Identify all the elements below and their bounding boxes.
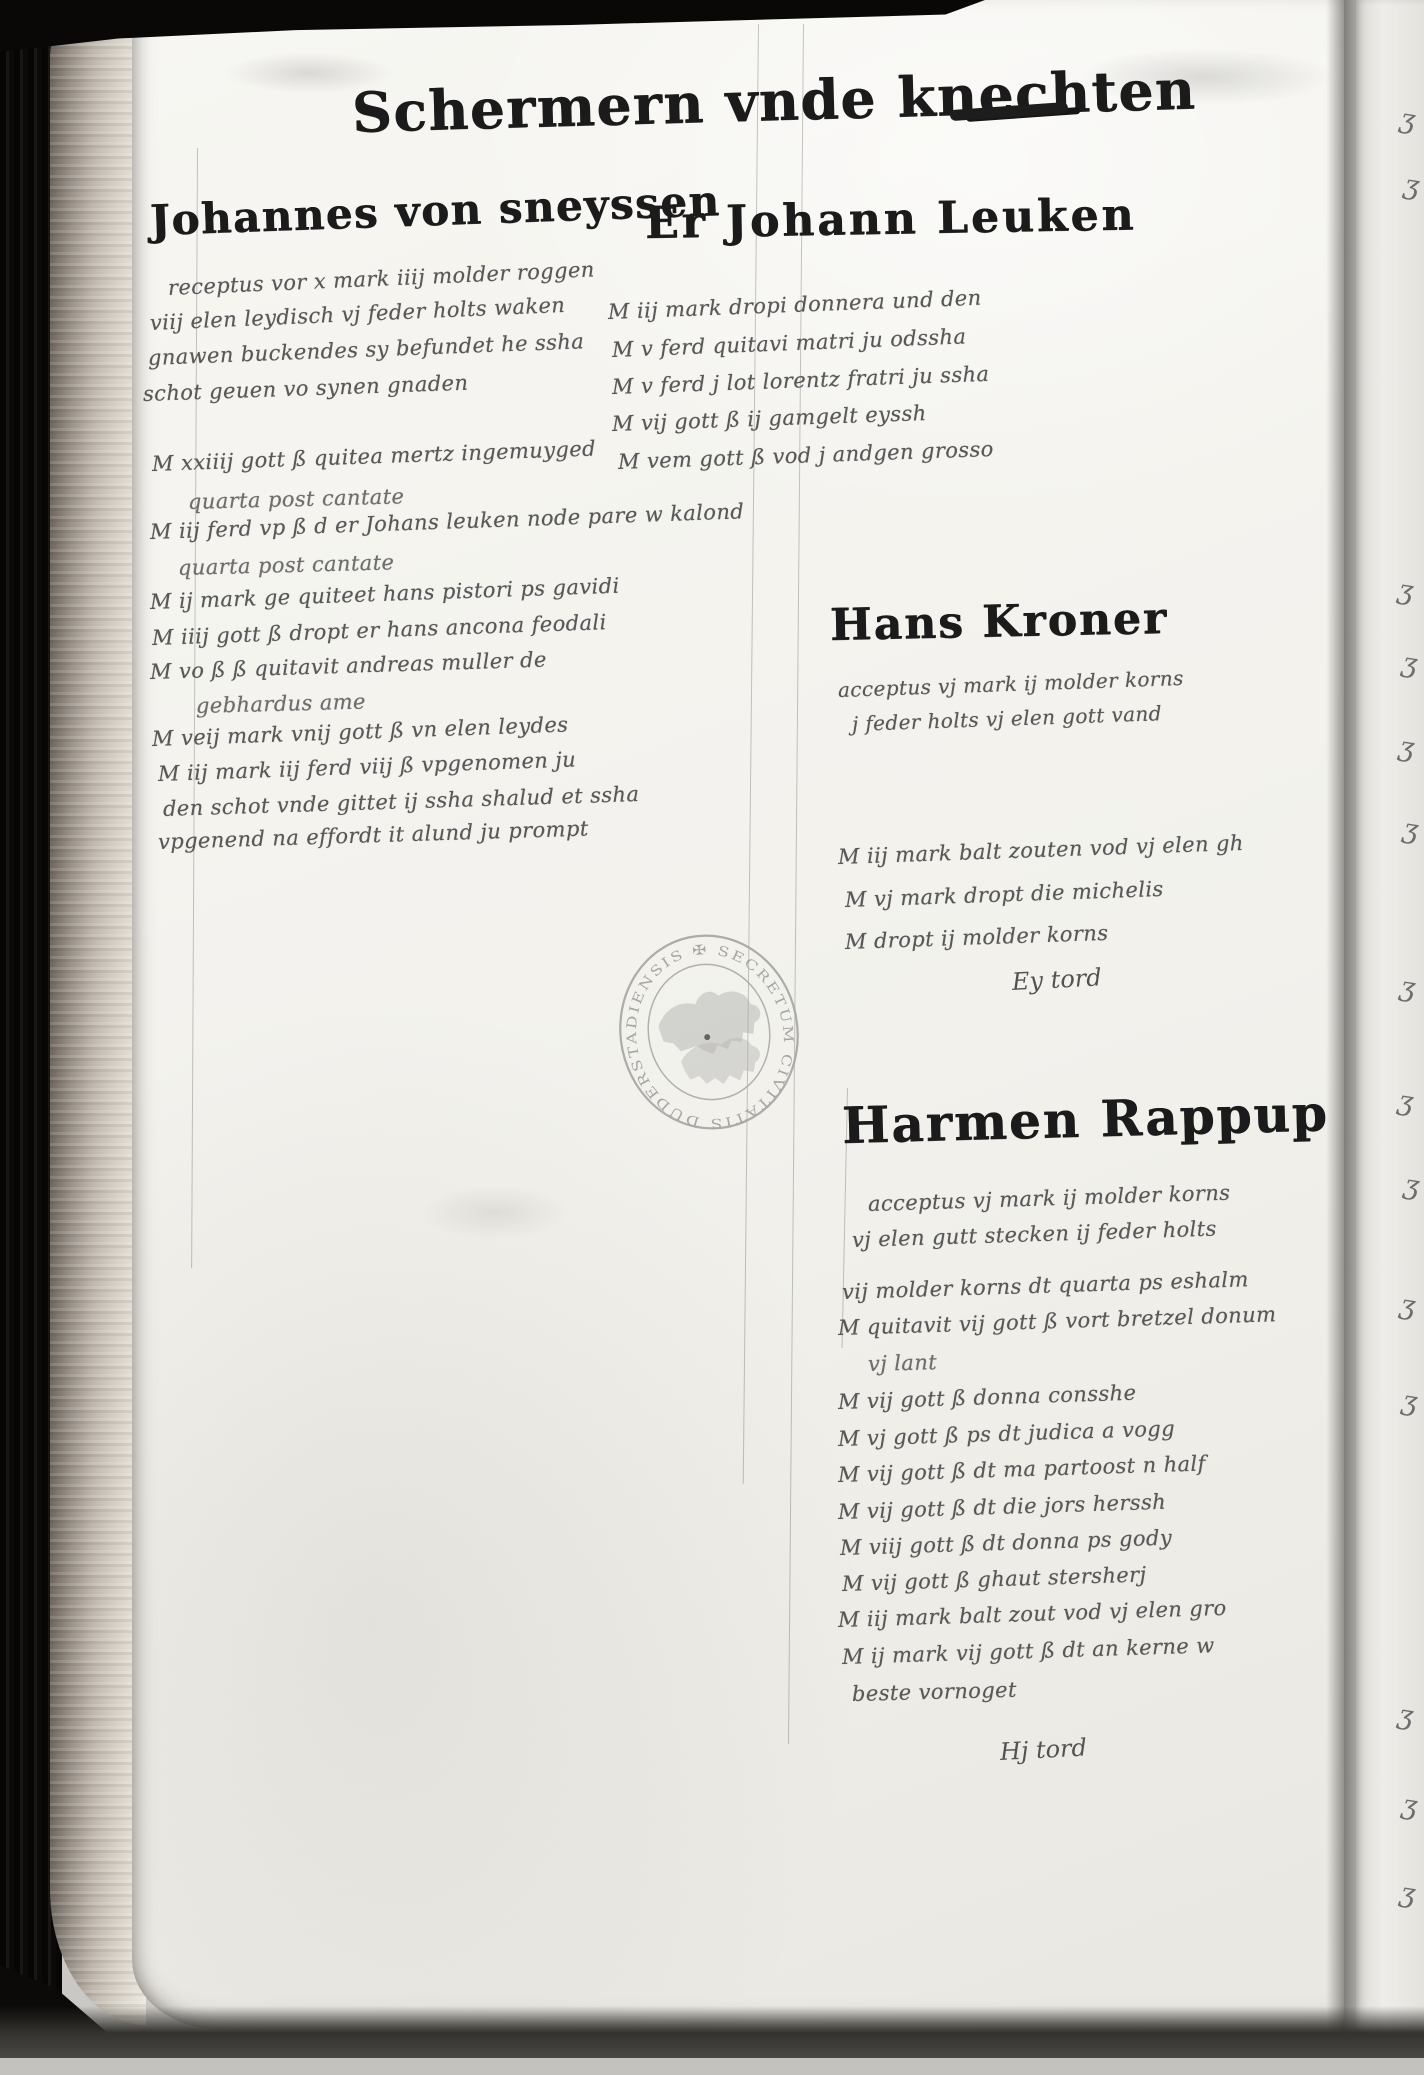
entry-heading-leuken: Er Johann Leuken [645, 189, 1137, 249]
manuscript-line: vj lant [868, 1350, 938, 1376]
photo-bottom-shadow [0, 2006, 1424, 2062]
manuscript-line: beste vornoget [852, 1678, 1017, 1706]
entry-heading-kroner: Hans Kroner [829, 593, 1168, 651]
next-page-edge [1356, 0, 1424, 2075]
ink-bleed-smudge [420, 1185, 570, 1240]
page-fold-shadow [1326, 0, 1360, 2075]
manuscript-line: gebhardus ame [196, 690, 366, 718]
entry-note-rappup: Hj tord [999, 1733, 1087, 1766]
entry-note-kroner: Ey tord [1011, 963, 1102, 996]
manuscript-photo: Schermern vnde knechten Johannes von sne… [0, 0, 1424, 2075]
photo-bottom-edge [0, 2058, 1424, 2075]
